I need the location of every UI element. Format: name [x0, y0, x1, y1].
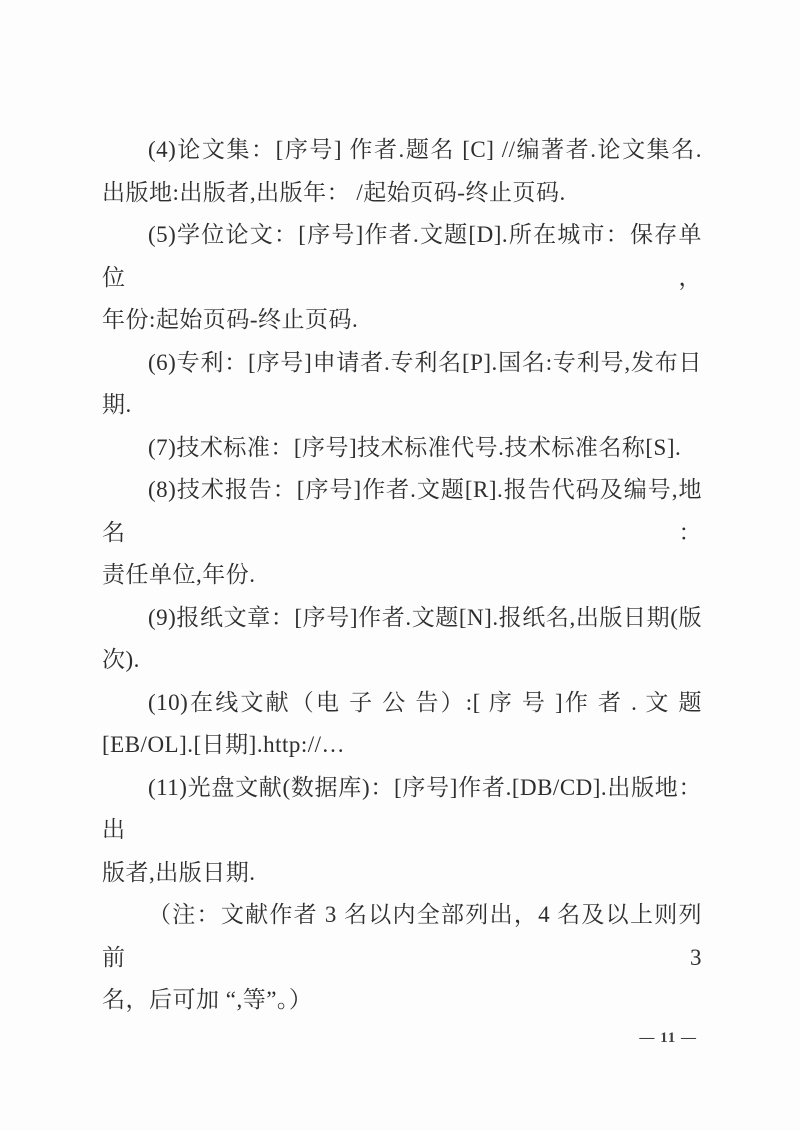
page-number: — 11 — [639, 1030, 697, 1047]
document-line: 期. [102, 384, 702, 427]
document-line: 版者,出版日期. [102, 852, 702, 895]
document-line: 名，后可加 “,等”。） [102, 979, 702, 1022]
document-line: 责任单位,年份. [102, 554, 702, 597]
document-line: (4)论文集：[序号] 作者.题名 [C] //编著者.论文集名. [102, 129, 702, 172]
document-line: (10)在线文献（电 子 公 告）:[ 序 号 ]作 者 . 文 题 [102, 682, 702, 725]
document-line: 年份:起始页码-终止页码. [102, 299, 702, 342]
document-line: 出版地:出版者,出版年： /起始页码-终止页码. [102, 172, 702, 215]
document-line: 次). [102, 639, 702, 682]
document-line: (6)专利：[序号]申请者.专利名[P].国名:专利号,发布日 [102, 342, 702, 385]
document-line: (8)技术报告：[序号]作者.文题[R].报告代码及编号,地名： [102, 469, 702, 554]
document-line: (9)报纸文章：[序号]作者.文题[N].报纸名,出版日期(版 [102, 597, 702, 640]
document-line: （注：文献作者 3 名以内全部列出，4 名及以上则列前 3 [102, 894, 702, 979]
document-line: (5)学位论文：[序号]作者.文题[D].所在城市：保存单位， [102, 214, 702, 299]
document-line: (7)技术标准：[序号]技术标准代号.技术标准名称[S]. [102, 427, 702, 470]
document-line: [EB/OL].[日期].http://… [102, 724, 702, 767]
document-page: (4)论文集：[序号] 作者.题名 [C] //编著者.论文集名.出版地:出版者… [0, 0, 800, 1131]
document-body: (4)论文集：[序号] 作者.题名 [C] //编著者.论文集名.出版地:出版者… [102, 129, 702, 1022]
document-line: (11)光盘文献(数据库)：[序号]作者.[DB/CD].出版地：出 [102, 767, 702, 852]
